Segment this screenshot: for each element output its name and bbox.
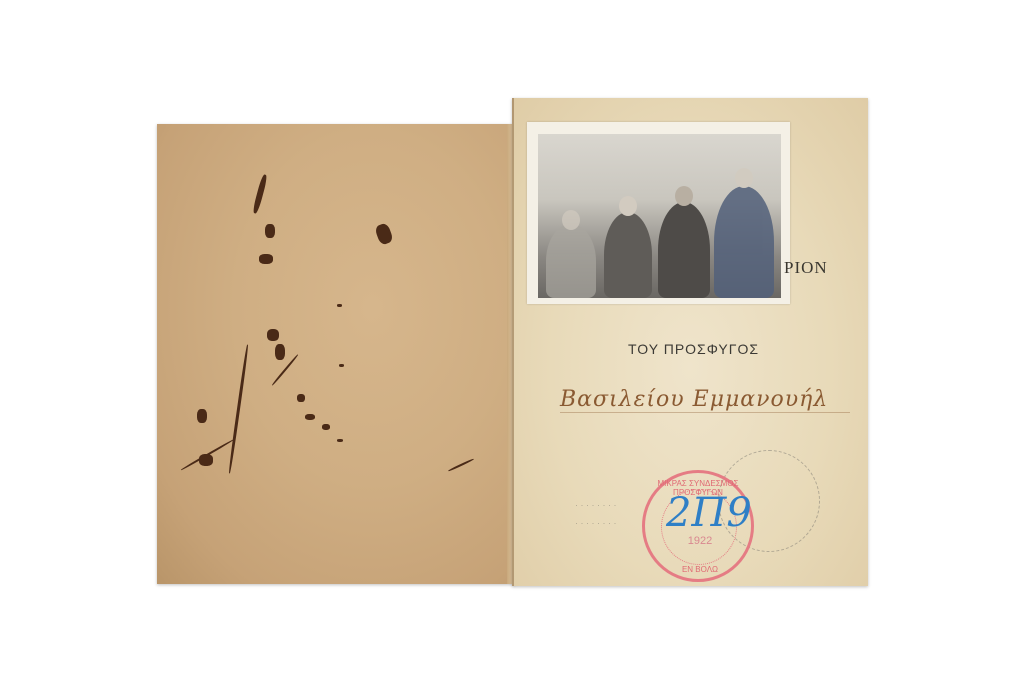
faint-print: · · · · · · · · — [575, 518, 616, 528]
faint-print: · · · · · · · · — [575, 500, 616, 510]
blue-ink-number: 2Π9 — [666, 490, 752, 536]
signature-line — [560, 412, 850, 413]
stamp-year: 1922 — [675, 535, 725, 547]
owner-signature: Βασιλείου Εμμανουήλ — [560, 387, 828, 412]
stamp-town: ΕΝ ΒΟΛΩ — [665, 565, 735, 574]
spine — [512, 98, 514, 586]
family-photo — [527, 122, 790, 304]
owner-label: ΤΟΥ ΠΡΟΣΦΥΓΟΣ — [628, 341, 759, 357]
left-page — [157, 124, 515, 584]
booklet-title-fragment: ΡΙΟΝ — [784, 258, 828, 278]
photo-image — [538, 134, 781, 298]
